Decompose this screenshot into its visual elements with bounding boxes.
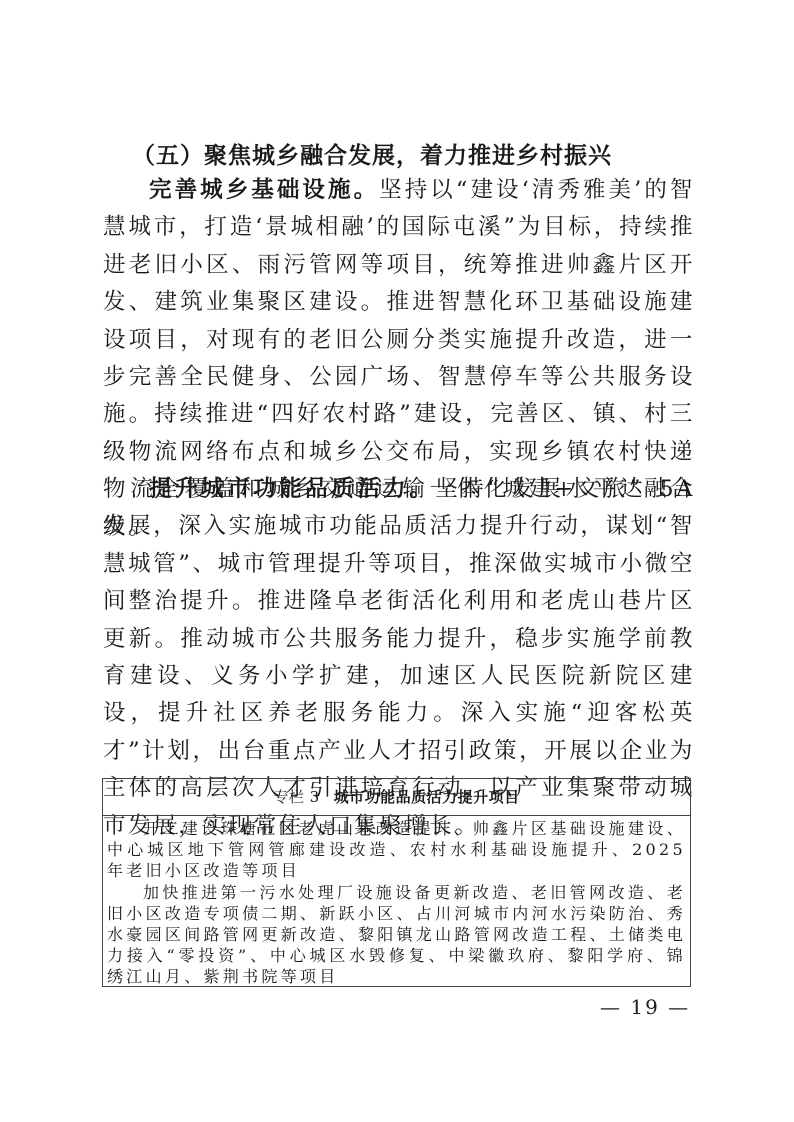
column-box-label: 专栏 3	[273, 788, 319, 806]
section-heading: （五）聚焦城乡融合发展，着力推进乡村振兴	[132, 138, 712, 174]
column-box: 专栏 3城市功能品质活力提升项目 开工建设珠塘社区老虎山巷改造提升、帅鑫片区基础…	[102, 778, 691, 987]
paragraph-lead: 完善城乡基础设施。	[149, 177, 379, 203]
column-box-item: 加快推进第一污水处理厂设施设备更新改造、老旧管网改造、老旧小区改造专项债二期、新…	[107, 882, 686, 988]
paragraph-lead: 提升城市功能品质活力。	[149, 476, 435, 502]
column-box-title: 专栏 3城市功能品质活力提升项目	[103, 779, 690, 816]
column-box-item: 开工建设珠塘社区老虎山巷改造提升、帅鑫片区基础设施建设、中心城区地下管网管廊建设…	[107, 818, 686, 882]
column-box-title-text: 城市功能品质活力提升项目	[334, 788, 520, 806]
page-number: — 19 —	[600, 995, 690, 1019]
column-box-body: 开工建设珠塘社区老虎山巷改造提升、帅鑫片区基础设施建设、中心城区地下管网管廊建设…	[103, 816, 690, 988]
document-page: （五）聚焦城乡融合发展，着力推进乡村振兴 完善城乡基础设施。坚持以“建设‘清秀雅…	[0, 0, 794, 1122]
